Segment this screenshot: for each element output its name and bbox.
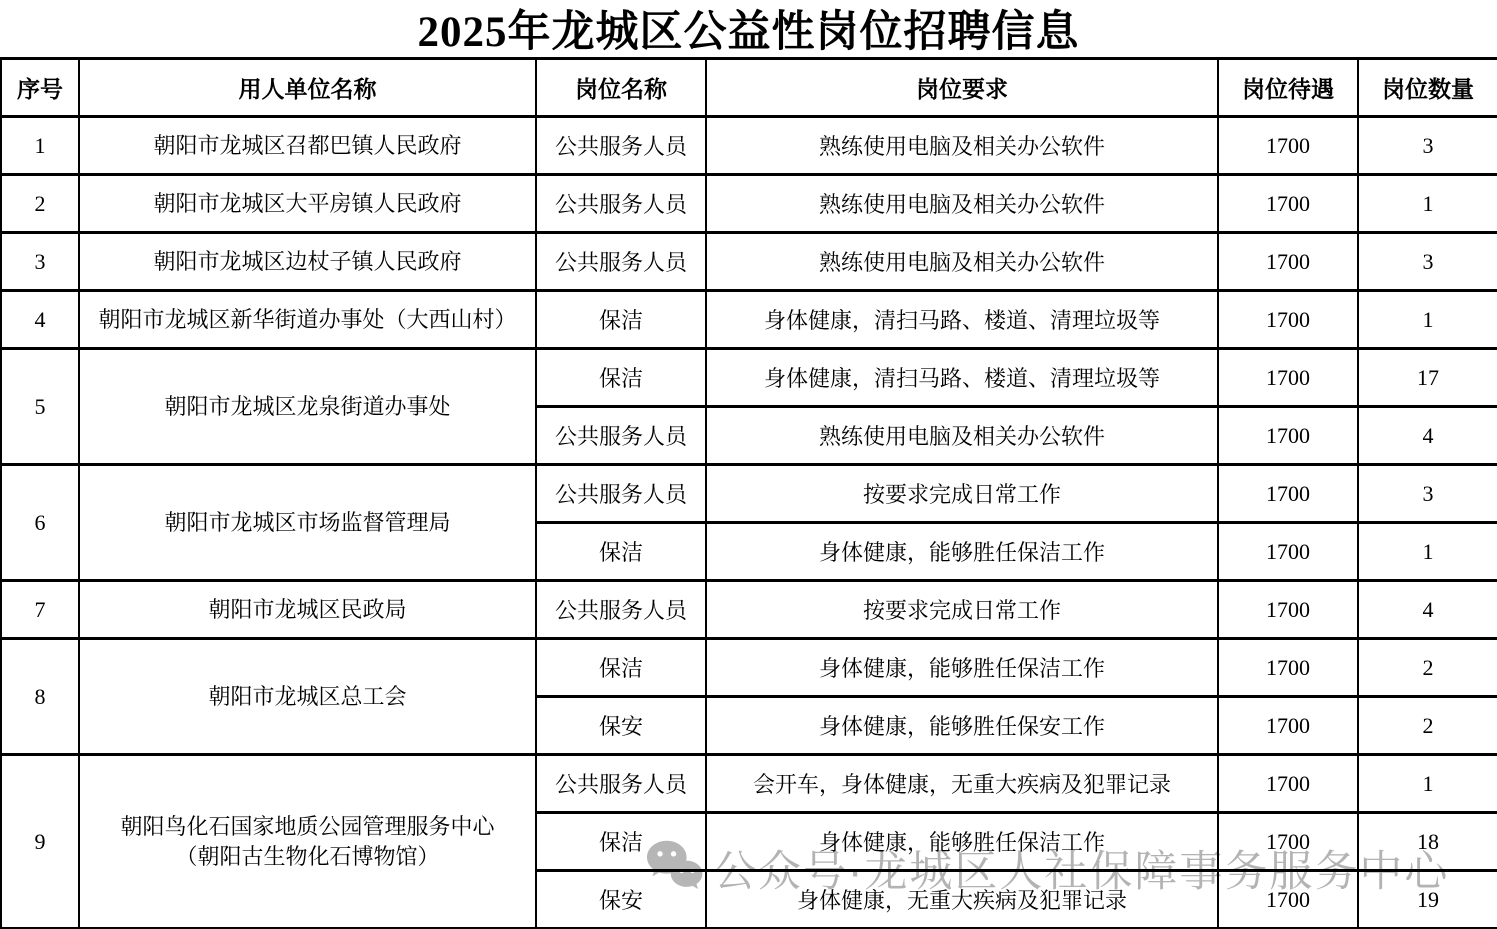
position-requirement-cell: 身体健康，能够胜任保洁工作 [706, 813, 1218, 871]
position-name-cell: 保洁 [536, 523, 706, 581]
table-row: 3朝阳市龙城区边杖子镇人民政府公共服务人员熟练使用电脑及相关办公软件17003 [1, 233, 1497, 291]
serial-number-cell: 2 [1, 175, 79, 233]
position-quantity-cell: 1 [1358, 175, 1497, 233]
serial-number-cell: 6 [1, 465, 79, 581]
serial-number-cell: 9 [1, 755, 79, 929]
employer-name-cell: 朝阳市龙城区民政局 [79, 581, 536, 639]
header-serial-number: 序号 [1, 59, 79, 117]
position-salary-cell: 1700 [1218, 175, 1358, 233]
position-salary-cell: 1700 [1218, 117, 1358, 175]
position-salary-cell: 1700 [1218, 407, 1358, 465]
position-quantity-cell: 18 [1358, 813, 1497, 871]
position-name-cell: 公共服务人员 [536, 407, 706, 465]
table-body: 1朝阳市龙城区召都巴镇人民政府公共服务人员熟练使用电脑及相关办公软件170032… [1, 117, 1497, 929]
position-salary-cell: 1700 [1218, 349, 1358, 407]
table-row: 8朝阳市龙城区总工会保洁身体健康，能够胜任保洁工作17002 [1, 639, 1497, 697]
position-name-cell: 保安 [536, 697, 706, 755]
serial-number-cell: 3 [1, 233, 79, 291]
recruitment-table: 序号 用人单位名称 岗位名称 岗位要求 岗位待遇 岗位数量 1朝阳市龙城区召都巴… [0, 57, 1497, 929]
serial-number-cell: 4 [1, 291, 79, 349]
serial-number-cell: 5 [1, 349, 79, 465]
table-header: 序号 用人单位名称 岗位名称 岗位要求 岗位待遇 岗位数量 [1, 59, 1497, 117]
position-salary-cell: 1700 [1218, 581, 1358, 639]
table-row: 7朝阳市龙城区民政局公共服务人员按要求完成日常工作17004 [1, 581, 1497, 639]
position-requirement-cell: 身体健康，清扫马路、楼道、清理垃圾等 [706, 291, 1218, 349]
position-requirement-cell: 身体健康，能够胜任保洁工作 [706, 639, 1218, 697]
employer-name-cell: 朝阳市龙城区边杖子镇人民政府 [79, 233, 536, 291]
header-position-quantity: 岗位数量 [1358, 59, 1497, 117]
employer-name-cell: 朝阳鸟化石国家地质公园管理服务中心 （朝阳古生物化石博物馆） [79, 755, 536, 929]
position-salary-cell: 1700 [1218, 523, 1358, 581]
table-row: 5朝阳市龙城区龙泉街道办事处保洁身体健康，清扫马路、楼道、清理垃圾等170017 [1, 349, 1497, 407]
recruitment-sheet: 2025年龙城区公益性岗位招聘信息 序号 用人单位名称 岗位名称 岗位要求 岗位… [0, 0, 1497, 929]
position-requirement-cell: 身体健康，无重大疾病及犯罪记录 [706, 871, 1218, 929]
header-position-salary: 岗位待遇 [1218, 59, 1358, 117]
table-row: 6朝阳市龙城区市场监督管理局公共服务人员按要求完成日常工作17003 [1, 465, 1497, 523]
position-requirement-cell: 身体健康，清扫马路、楼道、清理垃圾等 [706, 349, 1218, 407]
position-requirement-cell: 熟练使用电脑及相关办公软件 [706, 117, 1218, 175]
position-quantity-cell: 2 [1358, 639, 1497, 697]
employer-name-cell: 朝阳市龙城区新华街道办事处（大西山村） [79, 291, 536, 349]
position-name-cell: 公共服务人员 [536, 755, 706, 813]
serial-number-cell: 7 [1, 581, 79, 639]
position-quantity-cell: 19 [1358, 871, 1497, 929]
serial-number-cell: 1 [1, 117, 79, 175]
position-name-cell: 保安 [536, 871, 706, 929]
position-quantity-cell: 1 [1358, 523, 1497, 581]
position-requirement-cell: 按要求完成日常工作 [706, 581, 1218, 639]
position-salary-cell: 1700 [1218, 465, 1358, 523]
position-salary-cell: 1700 [1218, 233, 1358, 291]
position-quantity-cell: 4 [1358, 581, 1497, 639]
position-name-cell: 保洁 [536, 813, 706, 871]
table-row: 2朝阳市龙城区大平房镇人民政府公共服务人员熟练使用电脑及相关办公软件17001 [1, 175, 1497, 233]
position-name-cell: 公共服务人员 [536, 117, 706, 175]
position-salary-cell: 1700 [1218, 291, 1358, 349]
position-quantity-cell: 4 [1358, 407, 1497, 465]
employer-name-cell: 朝阳市龙城区大平房镇人民政府 [79, 175, 536, 233]
header-row: 序号 用人单位名称 岗位名称 岗位要求 岗位待遇 岗位数量 [1, 59, 1497, 117]
position-name-cell: 保洁 [536, 349, 706, 407]
employer-name-cell: 朝阳市龙城区总工会 [79, 639, 536, 755]
employer-name-cell: 朝阳市龙城区召都巴镇人民政府 [79, 117, 536, 175]
position-quantity-cell: 1 [1358, 755, 1497, 813]
position-quantity-cell: 17 [1358, 349, 1497, 407]
position-name-cell: 公共服务人员 [536, 581, 706, 639]
position-quantity-cell: 3 [1358, 117, 1497, 175]
page-title: 2025年龙城区公益性岗位招聘信息 [0, 0, 1497, 57]
position-quantity-cell: 3 [1358, 465, 1497, 523]
table-row: 9朝阳鸟化石国家地质公园管理服务中心 （朝阳古生物化石博物馆）公共服务人员会开车… [1, 755, 1497, 813]
employer-name-cell: 朝阳市龙城区龙泉街道办事处 [79, 349, 536, 465]
position-requirement-cell: 熟练使用电脑及相关办公软件 [706, 175, 1218, 233]
position-requirement-cell: 会开车，身体健康，无重大疾病及犯罪记录 [706, 755, 1218, 813]
position-salary-cell: 1700 [1218, 639, 1358, 697]
position-name-cell: 保洁 [536, 639, 706, 697]
position-quantity-cell: 3 [1358, 233, 1497, 291]
position-name-cell: 公共服务人员 [536, 175, 706, 233]
serial-number-cell: 8 [1, 639, 79, 755]
header-employer-name: 用人单位名称 [79, 59, 536, 117]
position-quantity-cell: 1 [1358, 291, 1497, 349]
position-requirement-cell: 按要求完成日常工作 [706, 465, 1218, 523]
position-salary-cell: 1700 [1218, 813, 1358, 871]
position-requirement-cell: 熟练使用电脑及相关办公软件 [706, 233, 1218, 291]
header-position-requirement: 岗位要求 [706, 59, 1218, 117]
header-position-name: 岗位名称 [536, 59, 706, 117]
position-name-cell: 公共服务人员 [536, 465, 706, 523]
position-name-cell: 保洁 [536, 291, 706, 349]
position-quantity-cell: 2 [1358, 697, 1497, 755]
position-salary-cell: 1700 [1218, 697, 1358, 755]
position-requirement-cell: 身体健康，能够胜任保洁工作 [706, 523, 1218, 581]
position-requirement-cell: 身体健康，能够胜任保安工作 [706, 697, 1218, 755]
position-name-cell: 公共服务人员 [536, 233, 706, 291]
position-salary-cell: 1700 [1218, 871, 1358, 929]
employer-name-cell: 朝阳市龙城区市场监督管理局 [79, 465, 536, 581]
position-salary-cell: 1700 [1218, 755, 1358, 813]
table-row: 4朝阳市龙城区新华街道办事处（大西山村）保洁身体健康，清扫马路、楼道、清理垃圾等… [1, 291, 1497, 349]
table-row: 1朝阳市龙城区召都巴镇人民政府公共服务人员熟练使用电脑及相关办公软件17003 [1, 117, 1497, 175]
position-requirement-cell: 熟练使用电脑及相关办公软件 [706, 407, 1218, 465]
